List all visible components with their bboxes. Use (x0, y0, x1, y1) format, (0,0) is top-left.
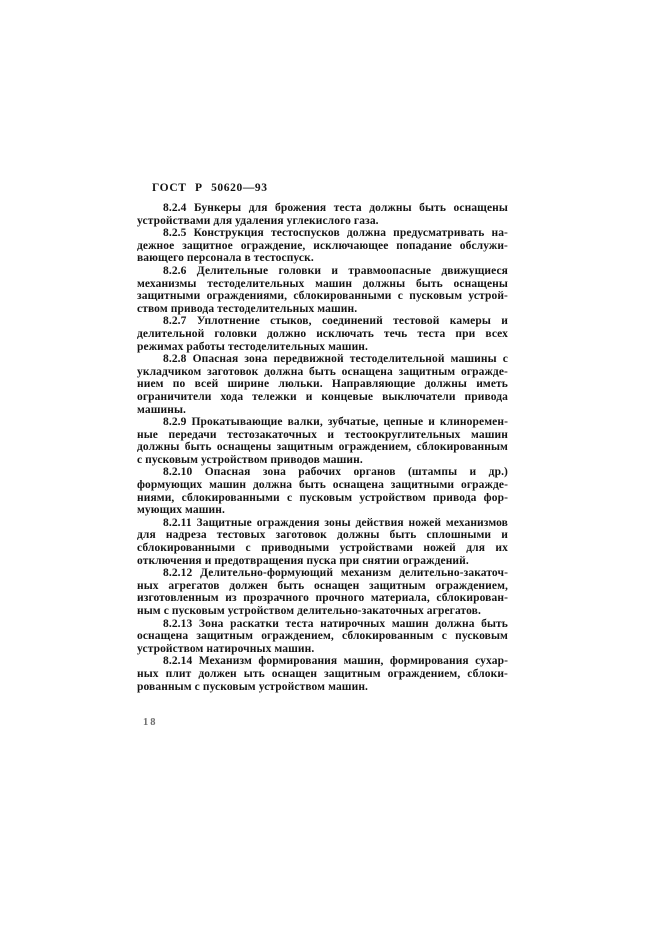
text-line: 8.2.6 Делительные головки и травмоопасны… (137, 265, 508, 278)
doc-header: ГОСТ Р 50620—93 (152, 182, 268, 194)
text-line: 8.2.12 Делительно-формующий механизм дел… (137, 567, 508, 580)
document-page: ГОСТ Р 50620—93 8.2.4 Бункеры для брожен… (0, 0, 661, 935)
text-line: ных агрегатов должен быть оснащен защитн… (137, 580, 508, 593)
paragraph-8-2-11: 8.2.11 Защитные ограждения зоны действия… (137, 517, 508, 567)
text-line: 8.2.14 Механизм формирования машин, форм… (137, 655, 508, 668)
text-line: изготовленным из прозрачного прочного ма… (137, 592, 508, 605)
paragraph-8-2-4: 8.2.4 Бункеры для брожения теста должны … (137, 202, 508, 227)
text-line: ниями, сблокированными с пусковым устрой… (137, 492, 508, 505)
text-line: укладчиком заготовок должна быть оснащен… (137, 366, 508, 379)
text-line: механизмы тестоделительных машин должны … (137, 278, 508, 291)
text-line: ным с пусковым устройством делительно-за… (137, 605, 508, 618)
text-line: 8.2.5 Конструкция тестоспусков должна пр… (137, 227, 508, 240)
text-line: дежное защитное ограждение, исключающее … (137, 240, 508, 253)
text-line: с пусковым устройством приводов машин. (137, 454, 508, 467)
text-line: режимах работы тестоделительных машин. (137, 341, 508, 354)
text-line: ством привода тестоделительных машин. (137, 303, 508, 316)
text-line: 8.2.7 Уплотнение стыков, соединений тест… (137, 315, 508, 328)
text-line: 8.2.9 Прокатывающие валки, зубчатые, цеп… (137, 416, 508, 429)
text-line: рованным с пусковым устройством машин. (137, 681, 508, 694)
text-line: 8.2.8 Опасная зона передвижной тестодели… (137, 353, 508, 366)
text-line: должны быть оснащены защитным ограждение… (137, 441, 508, 454)
text-line: ных плит должен ыть оснащен защитным огр… (137, 668, 508, 681)
text-line: сблокированными с приводными устройствам… (137, 542, 508, 555)
page-number: 18 (143, 717, 158, 728)
paragraph-8-2-7: 8.2.7 Уплотнение стыков, соединений тест… (137, 315, 508, 353)
paragraph-8-2-13: 8.2.13 Зона раскатки теста натирочных ма… (137, 618, 508, 656)
document-body: 8.2.4 Бункеры для брожения теста должны … (137, 202, 508, 693)
text-line: устройствами для удаления углекислого га… (137, 215, 508, 228)
paragraph-8-2-6: 8.2.6 Делительные головки и травмоопасны… (137, 265, 508, 315)
paragraph-8-2-5: 8.2.5 Конструкция тестоспусков должна пр… (137, 227, 508, 265)
text-line: 8.2.13 Зона раскатки теста натирочных ма… (137, 618, 508, 631)
text-line: мующих машин. (137, 504, 508, 517)
text-line: формующих машин должна быть оснащена защ… (137, 479, 508, 492)
paragraph-8-2-8: 8.2.8 Опасная зона передвижной тестодели… (137, 353, 508, 416)
text-line: вающего персонала в тестоспуск. (137, 252, 508, 265)
text-line: 8.2.11 Защитные ограждения зоны действия… (137, 517, 508, 530)
text-line: делительной головки должно исключать теч… (137, 328, 508, 341)
text-line: устройством натирочных машин. (137, 643, 508, 656)
text-line: ограничители хода тележки и концевые вык… (137, 391, 508, 404)
text-line: нием по всей ширине люльки. Направляющие… (137, 378, 508, 391)
text-line: отключения и предотвращения пуска при сн… (137, 555, 508, 568)
text-line: машины. (137, 404, 508, 417)
text-line: для надреза тестовых заготовок должны бы… (137, 529, 508, 542)
text-line: 8.2.10 Опасная зона рабочих органов (шта… (137, 466, 508, 479)
text-line: ные передачи тестозакаточных и тестоокру… (137, 429, 508, 442)
paragraph-8-2-12: 8.2.12 Делительно-формующий механизм дел… (137, 567, 508, 617)
paragraph-8-2-14: 8.2.14 Механизм формирования машин, форм… (137, 655, 508, 693)
text-line: 8.2.4 Бункеры для брожения теста должны … (137, 202, 508, 215)
text-line: защитными ограждениями, сблокированными … (137, 290, 508, 303)
paragraph-8-2-9: 8.2.9 Прокатывающие валки, зубчатые, цеп… (137, 416, 508, 466)
text-line: оснащена защитным ограждением, сблокиров… (137, 630, 508, 643)
paragraph-8-2-10: 8.2.10 Опасная зона рабочих органов (шта… (137, 466, 508, 516)
